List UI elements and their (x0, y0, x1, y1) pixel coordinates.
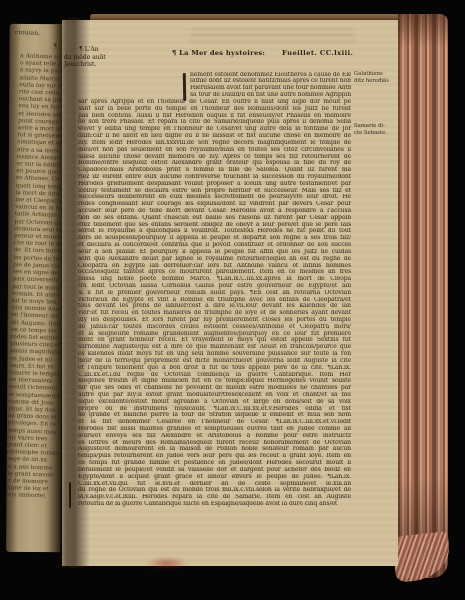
open-book-photo: ctouian, ¶ a Anthoine son mao ayant tell… (0, 0, 465, 600)
folio-number: Fueillet. CC.lxiii. (282, 49, 353, 57)
body-text-line: seur a son plaisir. Et pourquoy il appel… (78, 249, 351, 256)
margin-note-line: Galathiens (354, 71, 398, 78)
body-text-line: accuser leur pere de telle mort devant C… (78, 208, 351, 215)
left-page-text-line: pris immortel. (6, 492, 61, 501)
body-text-line: C.iiii.xx.et.vii.qui fut le.xvii.et dern… (78, 481, 351, 488)
body-text-line: ctez tellement que ses enfans seroient o… (78, 222, 351, 229)
margin-rule-bottom (69, 482, 72, 508)
body-text-line: icelluy testament se declaira estre son … (78, 188, 351, 195)
body-text-line: passa ung noble poete nomme Marco. ¶Lan.… (78, 276, 351, 283)
body-text-line: C.iiii.xx.et.i.du regne de Octovian comm… (78, 372, 351, 379)
body-text-line: la.v.aage.v.c.et.lxiiii. Herodes repara … (78, 494, 351, 501)
left-page-strip: ctouian, ¶ a Anthoine son mao ayant tell… (6, 24, 64, 552)
body-text-line: sent que Alexandre deust par lignee le r… (78, 256, 351, 263)
left-page-text-fragments: a Anthoine son mao ayant telle excua suy… (6, 53, 64, 541)
body-text-line: retourna de la guerre Cantabrique faicte… (78, 501, 351, 508)
body-text-line: Capadoce:mais Aristobolus print a femme … (78, 167, 351, 174)
body-text-line: et la fist denommer Cesaree en l'honneur… (78, 419, 351, 426)
body-text-line: lathie dont ilz estoient natifz/mais apr… (190, 78, 351, 85)
body-text-block: sar apres Agrippa et en l'honneur de Ces… (78, 99, 351, 508)
body-text-line: sique excellente/estoit moult agreable a… (78, 399, 351, 406)
margin-note-line: cte Sebaste. (354, 130, 398, 137)
body-text-line: sant sur la belle porte du temple en l'h… (78, 106, 351, 113)
body-text-line: Hierusalem avoit fait paravant une tour … (190, 85, 351, 92)
table-smudge (146, 557, 188, 570)
body-text-line: es kalendes dudit moys fut en ung seul h… (78, 351, 351, 358)
body-text-line: Egypte/dont il acquist grant grace et am… (78, 474, 351, 481)
body-indented-lines: nement estoient denommez Eleutheres a ca… (190, 72, 351, 99)
body-text-line: successeurs delibererent en eulx mesmes … (78, 194, 351, 201)
body-text-line: et declaira la concorde/et confirma que … (78, 242, 351, 249)
body-text-line: es lettres et meurs des Romains/lesquelz… (78, 440, 351, 447)
body-text-line: luy. Item ledit Herodes lan.xxxviii.de s… (78, 140, 351, 147)
body-text-line: surnomme Auguste/qui est a dire ce que m… (78, 344, 351, 351)
right-page: ¶ L'An du mōde auāt Jesuchrist. ¶ La Mer… (62, 20, 398, 566)
fore-edge-bottom-corner (392, 531, 453, 583)
body-text-line: nir que ses odes et chansons ne povoient… (78, 385, 351, 392)
body-text-line: tous devant les prens de iannier/cest a … (78, 303, 351, 310)
body-text-line: deur de la terre/qui proprement est dict… (78, 358, 351, 365)
body-text-line: sar apres Agrippa et en l'honneur de Ces… (78, 99, 351, 106)
body-text-line: Romme/entre lesquelz estoit Alexandre gr… (78, 160, 351, 167)
body-text-line: Herodes griefuement desplaisant voulut p… (78, 181, 351, 188)
left-page-running-header: ctouian, (15, 29, 64, 38)
body-text-line: sa tour de Dauid/il en fist une autre no… (190, 92, 351, 99)
body-text-line: luy les despouilles. Et lors furent par … (78, 317, 351, 324)
fore-edge-page-stack (398, 14, 448, 578)
body-text-line: du regne de Octovian qui est du monde tr… (78, 487, 351, 494)
running-header-left: ¶ L'An du mōde auāt Jesuchrist. (64, 46, 128, 69)
body-text-line: seroit le royaulme a quiconques il vould… (78, 228, 351, 235)
margin-note-samarie: Samarie di- cte Sebaste. (354, 123, 398, 136)
body-text-line: vier:et fut receu en toutes manieres de … (78, 310, 351, 317)
body-text-line: victorieux de Egypte et vint a Romme en … (78, 297, 351, 304)
body-text-line: propre ou de instrumens musicaulx. ¶Lan.… (78, 406, 351, 413)
running-header-left-line2: du mōde auāt Jesuchrist. (64, 54, 128, 69)
body-text-line: rodes congnoissant leur courage les expu… (78, 201, 351, 208)
body-text-line: laissa aucune chose devant memoire de lu… (78, 154, 351, 161)
body-text-line: Cleopatra en Egypte lan derrenier:car lo… (78, 263, 351, 270)
body-text-line: nement estoient denommez Eleutheres a ca… (190, 72, 351, 79)
body-text-line: tion de ses enfans. Quant chascun eut ba… (78, 215, 351, 222)
body-text-line: leurs/et envoya ses filz Alexandre et Ar… (78, 433, 351, 440)
margin-note-line: Samarie di- (354, 123, 398, 130)
pilcrow-icon: ¶ (54, 42, 58, 50)
body-text-line: tra ledit Octovian laissa Cornelius Gall… (78, 283, 351, 290)
body-text-line: de Janus:car toutes discordes civiles es… (78, 324, 351, 331)
body-text-line: mogenes tresfin et digne musicien fut en… (78, 378, 351, 385)
body-text-line: hors de souspeson/pourquoy il appella le… (78, 235, 351, 242)
body-text-line: ment en grant honneur receu. Et vrayemen… (78, 337, 351, 344)
body-text-line: pas bien contens. Aussi il fist Herodion… (78, 113, 351, 120)
body-text-line: ce temps fut grande famine et pestilence… (78, 460, 351, 467)
body-text-line: et l'empire tellement que a bon droit il… (78, 365, 351, 372)
body-text-line: ste/et y edifia ung temple en l'honneur … (78, 126, 351, 133)
margin-note-line: ditz herodiās (354, 78, 398, 85)
body-text-line: beralement le peuple/et vendit sa vaisse… (78, 467, 351, 474)
body-text-line: temps/puis retournerent en Judee vers le… (78, 453, 351, 460)
body-text-line: riez ilz eurent entre eulx aucune contro… (78, 174, 351, 181)
running-header-left-line1: ¶ L'An (64, 46, 128, 54)
body-text-line: et la seigneurie romaine grandement augm… (78, 331, 351, 338)
body-text-line: de son frere Phasael. Et repara la cite … (78, 119, 351, 126)
margin-rule-top (183, 73, 186, 101)
body-text-line: Herodes fist aussi maintes grandes et so… (78, 426, 351, 433)
running-header-title: ¶ La Mer des hystoires: (172, 49, 265, 57)
body-text-line: de grande et blanche pierre la tour de S… (78, 412, 351, 419)
body-text-line: dain:car il ne alloit en lieu digne ou i… (78, 133, 351, 140)
margin-note-galathiens: Galathiens ditz herodiās (354, 71, 398, 84)
ink-show-through (190, 28, 355, 45)
body-text-line: si il fut le premier gouverneur romain a… (78, 290, 351, 297)
body-text-line: occis/lesquelz tantost apres ce moururen… (78, 269, 351, 276)
body-text-line: Auguste/et demourerent en la maison de P… (78, 446, 351, 453)
body-text-line: autre que par luy:il estoit grant modula… (78, 392, 351, 399)
body-text-line: dieu/et non pas seulement en son royaulm… (78, 147, 351, 154)
